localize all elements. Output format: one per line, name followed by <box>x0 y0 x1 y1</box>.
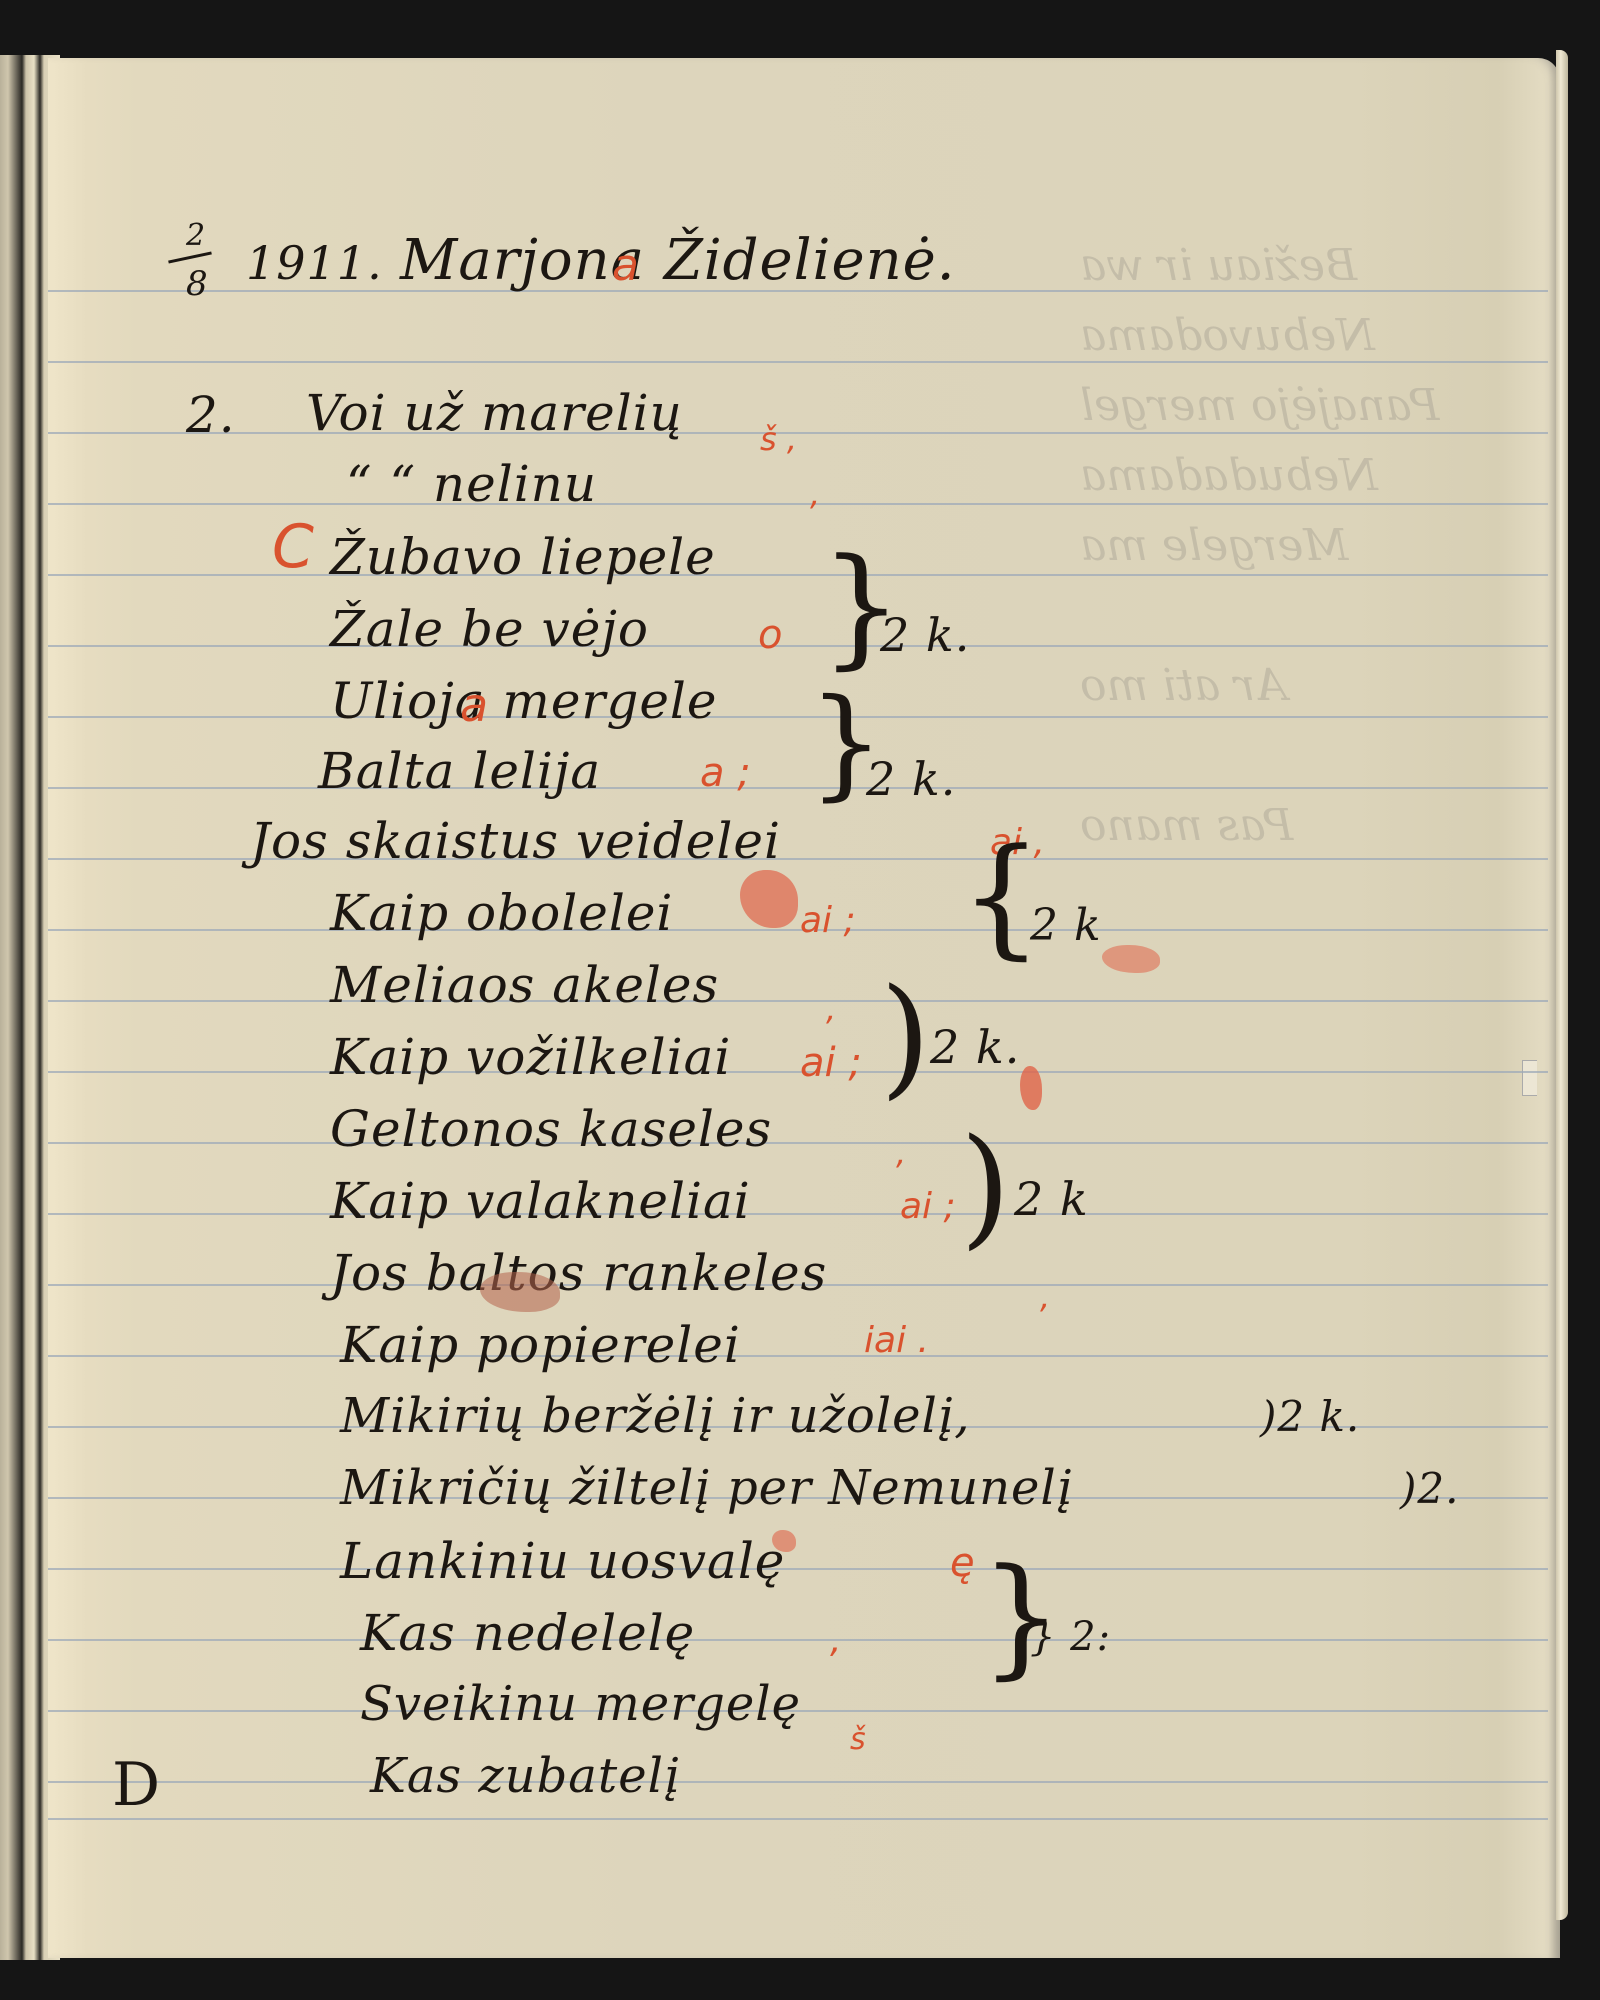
red-correction: ę <box>950 1540 975 1586</box>
ruled-line <box>48 361 1548 363</box>
bleed-through-text: Nebudadama <box>1080 450 1378 501</box>
red-ink-stain <box>1020 1066 1042 1110</box>
ruled-line <box>48 503 1548 505</box>
date-fraction-bottom: 8 <box>186 264 209 304</box>
red-correction: o <box>758 612 782 658</box>
repeat-mark: } 2: <box>1030 1614 1111 1660</box>
ruled-line <box>48 645 1548 647</box>
ruled-line <box>48 1818 1548 1820</box>
date-fraction-top: 2 <box>186 218 206 253</box>
song-line: Geltonos kaseles <box>330 1100 772 1158</box>
red-correction: , <box>1040 1278 1050 1316</box>
song-line: Žale be vėjo <box>330 600 649 658</box>
song-line: Jos baltos rankeles <box>330 1244 827 1302</box>
red-correction: a <box>460 678 488 732</box>
song-line: “ “ nelinu <box>346 455 597 513</box>
ruled-line <box>48 787 1548 789</box>
song-line: Meliaos akeles <box>330 956 719 1014</box>
ruled-line <box>48 716 1548 718</box>
red-correction: iai . <box>864 1320 929 1361</box>
ruled-line <box>48 1213 1548 1215</box>
red-correction: , <box>896 1134 906 1172</box>
song-line: Mikirių beržėlį ir užolelį, <box>340 1388 971 1444</box>
page-tab <box>1522 1060 1537 1096</box>
red-correction: , <box>826 990 836 1028</box>
red-correction: š <box>850 1722 866 1757</box>
bleed-through-text: Pas mano <box>1080 800 1293 851</box>
red-correction: ai ; <box>900 1186 956 1227</box>
song-line: Sveikinu mergelę <box>360 1676 801 1732</box>
repeat-bracket: ) <box>880 960 931 1112</box>
bleed-through-text: Nebuvodama <box>1080 310 1375 361</box>
ruled-line <box>48 1000 1548 1002</box>
ruled-line <box>48 1568 1548 1570</box>
ruled-line <box>48 1781 1548 1783</box>
song-line: Žubavo liepele <box>330 528 716 586</box>
repeat-mark: 2 k <box>1014 1172 1089 1226</box>
ruled-line <box>48 1071 1548 1073</box>
ruled-line <box>48 1142 1548 1144</box>
song-line: Kaip valakneliai <box>330 1172 751 1230</box>
red-initial-correction: C <box>272 512 314 582</box>
song-line: Voi už marelių <box>306 384 683 442</box>
red-correction: a ; <box>700 750 751 796</box>
bleed-through-text: Mergele ma <box>1080 520 1348 571</box>
song-line: Jos skaistus veidelei <box>250 812 781 870</box>
bleed-through-text: Bežiau ir wa <box>1080 240 1357 291</box>
repeat-bracket: ) <box>960 1110 1011 1262</box>
song-line: Ulioja mergele <box>330 672 718 730</box>
margin-mark: D <box>112 1750 161 1820</box>
repeat-mark: 2 k. <box>866 752 956 806</box>
repeat-mark: 2 k. <box>930 1020 1020 1074</box>
repeat-mark: )2 k. <box>1260 1392 1360 1441</box>
page-edge <box>1556 50 1568 1920</box>
date-year: 1911. <box>246 236 383 290</box>
ruled-line <box>48 929 1548 931</box>
song-line: Kaip obolelei <box>330 884 673 942</box>
repeat-mark: )2. <box>1400 1464 1459 1513</box>
red-correction: ai ; <box>800 900 856 941</box>
bleed-through-text: Panajėjo mergel <box>1080 380 1439 431</box>
repeat-mark: 2 k. <box>880 608 970 662</box>
song-line: Mikričių žiltelį per Nemunelį <box>340 1460 1073 1516</box>
informant-name: Marjona Židelienė. <box>400 228 956 293</box>
song-number: 2. <box>186 386 236 444</box>
song-line: Kaip vožilkeliai <box>330 1028 731 1086</box>
ruled-line <box>48 1355 1548 1357</box>
red-correction: ai ; <box>800 1040 862 1086</box>
song-line: Balta lelija <box>318 742 601 800</box>
red-correction: š , <box>760 420 797 458</box>
repeat-mark: 2 k <box>1030 900 1102 951</box>
song-line: Kaip popierelei <box>340 1316 741 1374</box>
song-line: Lankiniu uosvalę <box>340 1532 785 1590</box>
song-line: Kas nedelelę <box>360 1604 695 1662</box>
red-correction: a <box>612 240 639 291</box>
ruled-line <box>48 432 1548 434</box>
red-correction: , <box>810 475 820 513</box>
song-line: Kas zubatelį <box>370 1748 680 1804</box>
bleed-through-text: Ar ati mo <box>1080 660 1287 711</box>
red-correction: , <box>830 1620 841 1661</box>
ruled-line <box>48 1639 1548 1641</box>
